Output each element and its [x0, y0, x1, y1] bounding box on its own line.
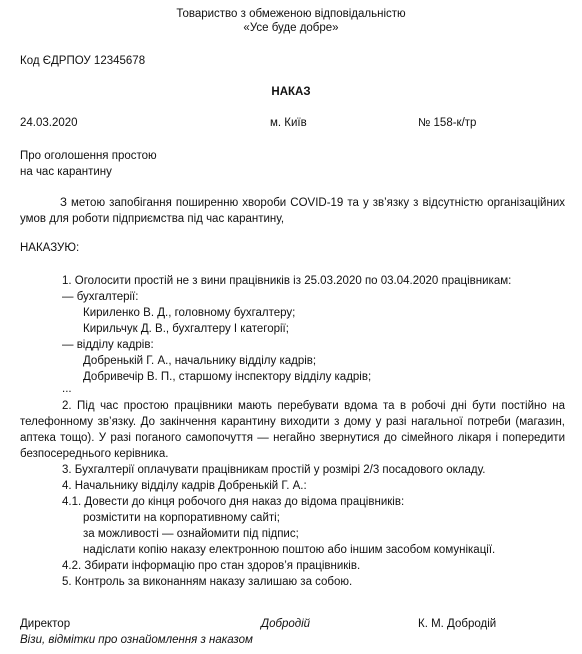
visas-note: Візи, відмітки про ознайомлення з наказо… — [20, 632, 253, 648]
order-city: м. Київ — [270, 115, 307, 131]
item-1: 1. Оголосити простій не з вини працівник… — [62, 273, 511, 289]
staff-accounting-1: Кириленко В. Д., головному бухгалтеру; — [83, 305, 295, 321]
item-5: 5. Контроль за виконанням наказу залишаю… — [62, 574, 352, 590]
document-title: НАКАЗ — [0, 84, 582, 100]
signatory-name: К. М. Добродій — [418, 616, 496, 632]
staff-hr-2: Добривечір В. П., старшому інспектору ві… — [83, 369, 371, 385]
company-name-line2: «Усе буде добре» — [0, 20, 582, 36]
item-4-2: 4.2. Збирати інформацію про стан здоров’… — [62, 558, 360, 574]
subject-line2: на час карантину — [20, 164, 112, 180]
staff-hr-1: Добренькій Г. А., начальнику відділу кад… — [83, 353, 316, 369]
item-4-1-sub-1: розмістити на корпоративному сайті; — [83, 510, 280, 526]
dept-accounting: — бухгалтерії: — [62, 289, 138, 305]
item-4-1-sub-2: за можливості — ознайомити під підпис; — [83, 526, 299, 542]
staff-accounting-2: Кирильчук Д. В., бухгалтеру І категорії; — [83, 321, 289, 337]
order-number: № 158-к/тр — [418, 115, 476, 131]
order-date: 24.03.2020 — [20, 115, 78, 131]
item-2: 2. Під час простою працівники мають пере… — [20, 398, 565, 462]
signatory-position: Директор — [20, 616, 70, 632]
item-4-1-sub-3: надіслати копію наказу електронною пошто… — [83, 542, 495, 558]
signature: Добродій — [261, 616, 310, 632]
item-4-1: 4.1. Довести до кінця робочого дня наказ… — [62, 494, 404, 510]
dept-hr: — відділу кадрів: — [62, 337, 154, 353]
preamble-paragraph: З метою запобігання поширенню хвороби CO… — [20, 195, 565, 227]
subject-line1: Про оголошення простою — [20, 148, 157, 164]
list-ellipsis: ... — [62, 381, 72, 397]
item-3: 3. Бухгалтерії оплачувати працівникам пр… — [62, 462, 485, 478]
order-word: НАКАЗУЮ: — [20, 240, 79, 256]
item-4: 4. Начальнику відділу кадрів Добренькій … — [62, 478, 307, 494]
edrpou-code: Код ЄДРПОУ 12345678 — [20, 53, 145, 69]
